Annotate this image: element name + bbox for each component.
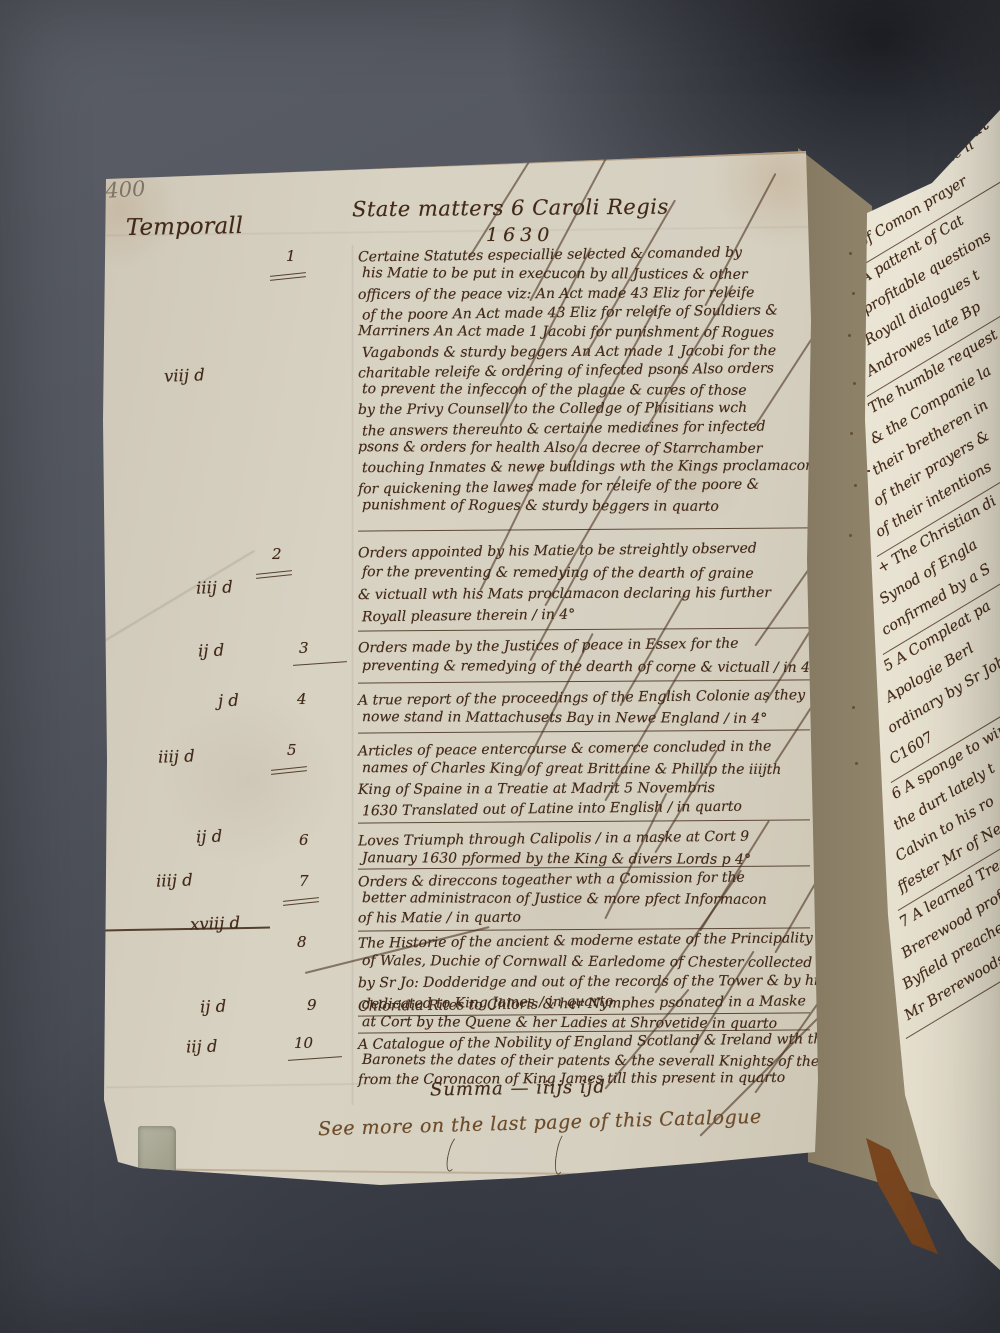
- entry-line: of his Matie / in quarto: [358, 910, 521, 927]
- entry-separator-rule: [358, 627, 810, 631]
- gutter-speck: [848, 334, 851, 337]
- entry-line: King of Spaine in a Treatie at Madrit 5 …: [358, 780, 715, 798]
- entry-number: 2: [272, 545, 282, 563]
- entry-line: his Matie to be put in execucon by all J…: [362, 265, 748, 283]
- price-annotation: iij d: [186, 1036, 218, 1056]
- price-annotation: xviij d: [190, 913, 241, 934]
- margin-dash: [104, 927, 270, 932]
- entry-number: 6: [299, 831, 309, 849]
- entry-line: by the Privy Counsell to the Colledge of…: [358, 400, 747, 418]
- entry-number: 3: [299, 639, 309, 657]
- entry-separator-rule: [358, 819, 810, 823]
- entry-line: for the preventing & remedying of the de…: [362, 564, 754, 582]
- entry-number-flourish: [293, 661, 347, 666]
- entry-separator-rule: [358, 679, 810, 683]
- entry-number: 5: [287, 741, 297, 759]
- price-annotation: ij d: [200, 997, 227, 1017]
- entry-line: names of Charles King of great Brittaine…: [362, 760, 781, 778]
- entry-line: Orders & direccons togeather wth a Comis…: [358, 870, 745, 891]
- gutter-speck: [854, 484, 857, 487]
- entry-line: better administracon of Justice & more p…: [362, 890, 767, 908]
- ink-slash-mark: [754, 563, 813, 646]
- entry-line: A true report of the proceedings of the …: [358, 687, 805, 708]
- entry-number-flourish: [270, 276, 306, 281]
- entry-line: the answers thereunto & certaine medicin…: [362, 418, 766, 439]
- price-annotation: iiij d: [158, 746, 195, 766]
- entry-line: Vagabonds & sturdy beggers An Act made 1…: [362, 342, 776, 360]
- gutter-speck: [850, 432, 853, 435]
- entry-number: 9: [307, 996, 317, 1014]
- entry-line: A Catalogue of the Nobility of England S…: [358, 1031, 831, 1053]
- entry-number: 7: [299, 872, 309, 890]
- price-annotation: viij d: [164, 365, 205, 385]
- entry-line: for quickening the lawes made for releif…: [358, 476, 759, 497]
- photo-background: 3400 Temporall State matters 6 Caroli Re…: [0, 0, 1000, 1333]
- gutter-speck: [852, 292, 855, 295]
- entry-number: 10: [294, 1034, 313, 1052]
- ink-slash-mark: [469, 128, 550, 256]
- entry-line: punishment of Rogues & sturdy beggers in…: [362, 497, 719, 515]
- entry-line: Articles of peace entercourse & comerce …: [358, 738, 772, 759]
- entry-separator-rule: [358, 527, 810, 531]
- price-annotation: iiij d: [156, 870, 193, 890]
- entry-number-flourish: [288, 1056, 342, 1061]
- entry-number-flourish: [271, 770, 307, 775]
- entry-number: 1: [286, 247, 296, 265]
- entry-line: Orders appointed by his Matie to be stre…: [358, 541, 757, 562]
- entry-line: touching Inmates & newe buildings wth th…: [362, 458, 814, 476]
- entry-line: preventing & remedying of the dearth of …: [362, 658, 817, 676]
- price-annotation: ij d: [196, 827, 223, 847]
- entry-number: 8: [297, 933, 307, 951]
- entry-number-flourish: [283, 901, 319, 906]
- gutter-speck: [853, 382, 856, 385]
- price-annotation: j d: [218, 691, 240, 711]
- gutter-speck: [852, 706, 855, 709]
- entry-line: charitable releife & ordering of infecte…: [358, 360, 774, 381]
- entry-line: January 1630 pformed by the King & diver…: [362, 850, 751, 868]
- entry-line: Marriners An Act made 1 Jacobi for punis…: [358, 323, 774, 341]
- entry-line: Orders made by the Justices of peace in …: [358, 636, 739, 657]
- entry-separator-rule: [358, 729, 810, 733]
- entry-line: to prevent the infeccon of the plague & …: [362, 381, 747, 399]
- entry-line: officers of the peace viz: An Act made 4…: [358, 285, 755, 303]
- gutter-speck: [849, 252, 852, 255]
- price-annotation: iiij d: [196, 577, 233, 597]
- gutter-speck: [855, 762, 858, 765]
- entry-number-flourish: [256, 574, 292, 579]
- entry-line: nowe stand in Mattachusets Bay in Newe E…: [362, 709, 767, 727]
- entry-number: 4: [297, 690, 307, 708]
- price-annotation: ij d: [198, 641, 225, 661]
- entry-line: psons & orders for health Also a decree …: [358, 439, 763, 457]
- summa-line: Summa — iiijs ijd: [430, 1076, 606, 1100]
- gutter-speck: [849, 534, 852, 537]
- entry-line: by Sr Jo: Dodderidge and out of the reco…: [358, 973, 832, 991]
- entry-line: Loves Triumph through Calipolis / in a m…: [358, 829, 749, 850]
- entry-line: Royall pleasure therein / in 4°: [362, 606, 575, 625]
